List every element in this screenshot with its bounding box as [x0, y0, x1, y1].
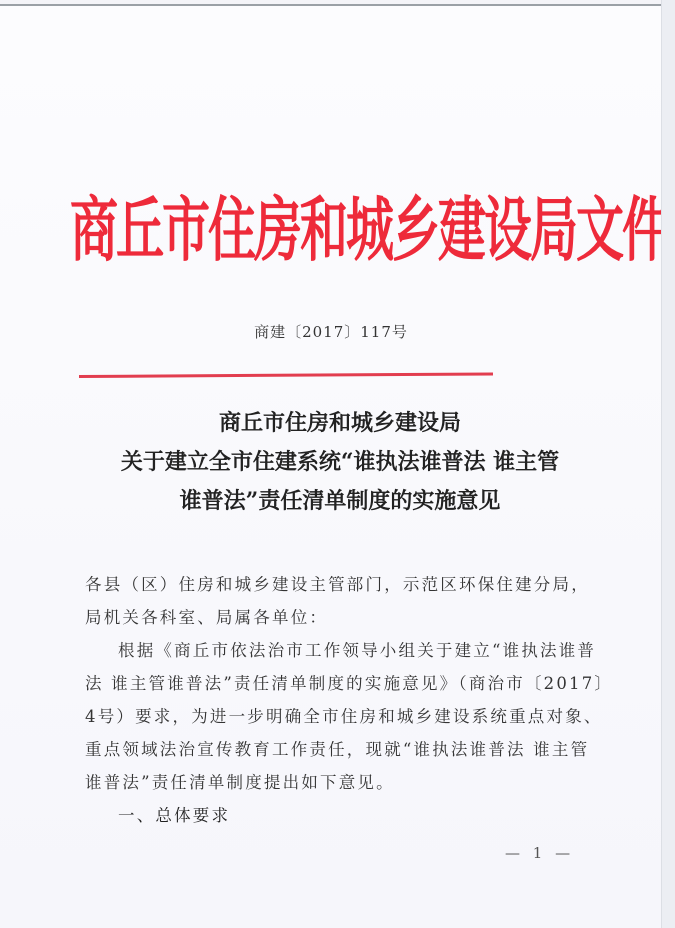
document-header: 商丘市住房和城乡建设局文件	[70, 174, 610, 274]
document-title: 商丘市住房和城乡建设局 关于建立全市住建系统“谁执法谁普法 谁主管 谁普法”责任…	[80, 404, 600, 521]
title-line-1: 商丘市住房和城乡建设局	[80, 404, 600, 443]
red-divider-line	[79, 372, 493, 378]
document-number: 商建〔2017〕117号	[0, 321, 662, 342]
scan-edge	[661, 0, 675, 928]
paragraph: 根据《商丘市依法治市工作领导小组关于建立“谁执法谁普法 谁主管谁普法”责任清单制…	[85, 634, 605, 799]
section-heading: 一、总体要求	[85, 799, 605, 832]
document-page: 商丘市住房和城乡建设局文件 商建〔2017〕117号 商丘市住房和城乡建设局 关…	[0, 4, 662, 928]
title-line-2: 关于建立全市住建系统“谁执法谁普法 谁主管	[80, 443, 600, 482]
addressee: 各县（区）住房和城乡建设主管部门，示范区环保住建分局，局机关各科室、局属各单位：	[85, 568, 605, 634]
document-body: 各县（区）住房和城乡建设主管部门，示范区环保住建分局，局机关各科室、局属各单位：…	[85, 568, 605, 832]
page-number: — 1 —	[505, 844, 574, 862]
title-line-3: 谁普法”责任清单制度的实施意见	[80, 482, 600, 521]
